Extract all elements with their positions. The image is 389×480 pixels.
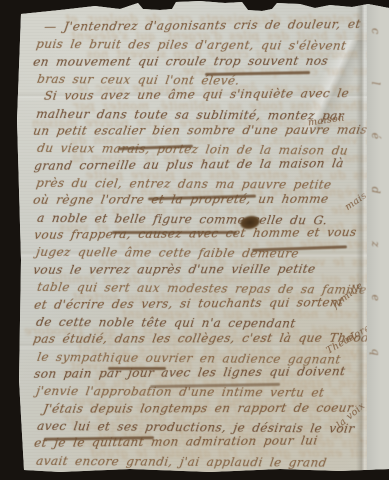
manuscript-line: Si vous avez une âme qui s'inquiète avec… <box>33 86 383 106</box>
manuscript-line: avait encore grandi, j'ai applaudi le gr… <box>35 454 384 473</box>
manuscript-line: son pain par jour avec les lignes qui do… <box>33 364 383 384</box>
ink-strikethrough <box>108 367 166 370</box>
manuscript-line: J'étais depuis longtemps en rapport de c… <box>32 400 382 419</box>
manuscript-page: — J'entendrez d'agonisants cris de doule… <box>0 0 389 480</box>
ink-strikethrough <box>112 231 237 234</box>
manuscript-line: — J'entendrez d'agonisants cris de doule… <box>33 17 383 37</box>
manuscript-line: vous frappera, causez avec cet homme et … <box>33 225 383 245</box>
manuscript-line: vous le verrez auprès d'une vieille peti… <box>32 262 382 281</box>
manuscript-line: et d'écrire des vers, si touchants qui s… <box>33 294 383 314</box>
adjacent-page-letter-fragments: c l é d z e q <box>369 28 382 378</box>
adjacent-page-edge: c l é d z e q <box>367 0 389 480</box>
photo-background: — J'entendrez d'agonisants cris de doule… <box>0 0 389 480</box>
manuscript-line: grand corneille au plus haut de la maiso… <box>33 156 383 176</box>
manuscript-line: en mouvement qui croule trop souvent nos <box>32 53 382 72</box>
